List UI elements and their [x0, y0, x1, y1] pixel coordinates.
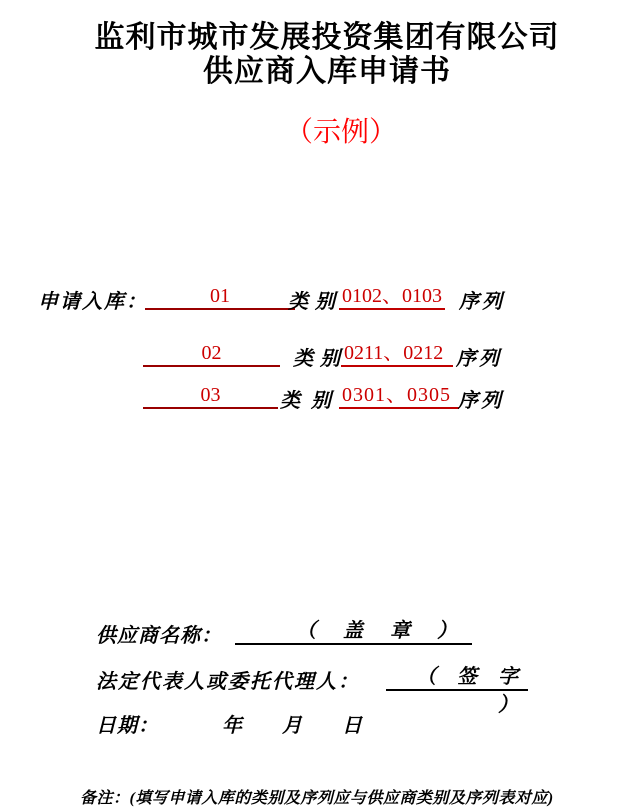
footnote: 备注：(填写申请入库的类别及序列应与供应商类别及序列表对应) [80, 785, 554, 808]
category-label: 类别 [293, 342, 347, 371]
entry-number-blank: 02 [143, 340, 280, 367]
apply-row: 02 类别 0211、0212 序列 [0, 340, 636, 372]
category-codes: 0102、0103 [339, 283, 445, 310]
apply-row: 03 类别 0301、0305 序列 [0, 382, 636, 414]
entry-number: 01 [210, 285, 230, 307]
sequence-label: 序列 [456, 342, 502, 371]
category-label: 类别 [288, 285, 342, 314]
entry-number: 03 [201, 384, 221, 406]
example-label: （示例） [0, 110, 636, 150]
date-label: 日期： [96, 709, 159, 738]
seal-label: （ 盖 章 ） [296, 620, 468, 642]
category-codes: 0301、0305 [339, 382, 459, 409]
day-label: 日 [342, 709, 362, 738]
representative-row: 法定代表人或委托代理人： （ 签 字 ） [0, 663, 636, 692]
date-row: 日期： 年 月 日 [0, 707, 636, 733]
representative-label: 法定代表人或委托代理人： [96, 665, 360, 694]
supplier-name-label: 供应商名称： [96, 619, 222, 648]
year-label: 年 [222, 709, 242, 738]
sequence-label: 序列 [458, 384, 504, 413]
apply-row: 申请入库： 01 类别 0102、0103 序列 [0, 283, 636, 315]
company-title: 监利市城市发展投资集团有限公司 [0, 21, 636, 55]
entry-number: 02 [202, 342, 222, 364]
sequence-label: 序列 [459, 285, 505, 314]
category-codes: 0211、0212 [341, 340, 453, 367]
supplier-application-form-page: 监利市城市发展投资集团有限公司 供应商入库申请书 （示例） 申请入库： 01 类… [0, 0, 636, 811]
representative-blank: （ 签 字 ） [386, 663, 528, 691]
supplier-name-blank: （ 盖 章 ） [235, 617, 472, 645]
entry-number-blank: 03 [143, 382, 278, 409]
month-label: 月 [282, 709, 302, 738]
category-label: 类别 [280, 384, 342, 413]
supplier-name-row: 供应商名称： （ 盖 章 ） [0, 617, 636, 646]
form-title: 供应商入库申请书 [0, 55, 636, 89]
entry-number-blank: 01 [145, 283, 295, 310]
apply-prefix-label: 申请入库： [38, 285, 148, 314]
